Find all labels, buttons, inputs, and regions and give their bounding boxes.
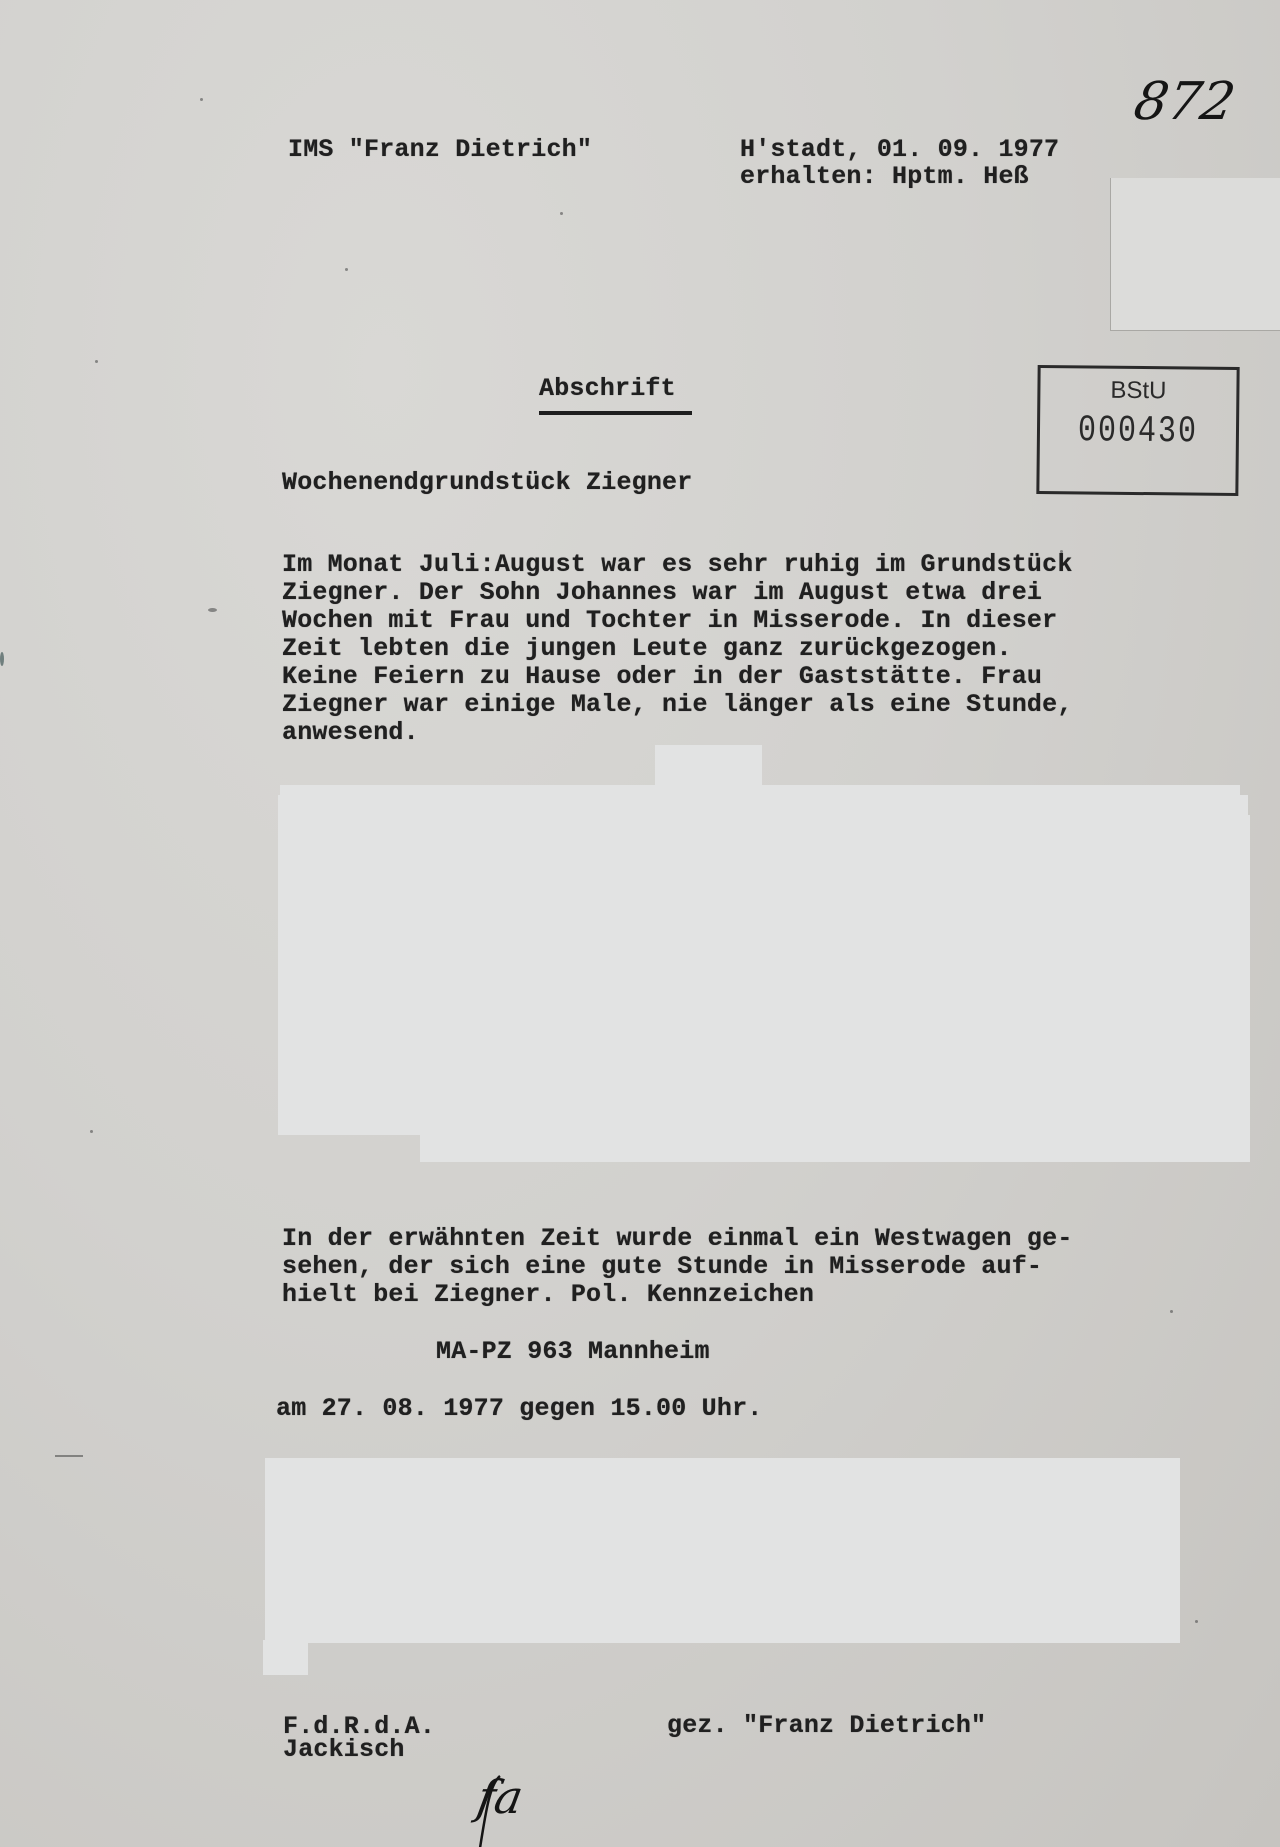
paragraph-line: Zeit lebten die jungen Leute ganz zurück… bbox=[282, 635, 1012, 663]
paragraph-line: In der erwähnten Zeit wurde einmal ein W… bbox=[282, 1225, 1073, 1253]
speck bbox=[55, 1455, 83, 1457]
document-title: Abschrift bbox=[539, 375, 676, 403]
paper-patch bbox=[1110, 178, 1280, 331]
subject: Wochenendgrundstück Ziegner bbox=[282, 469, 692, 497]
speck bbox=[560, 212, 563, 215]
document-page: 872 IMS "Franz Dietrich" H'stadt, 01. 09… bbox=[0, 0, 1280, 1847]
speck bbox=[1170, 1310, 1173, 1313]
speck bbox=[95, 360, 98, 363]
paragraph-line: Keine Feiern zu Hause oder in der Gastst… bbox=[282, 663, 1042, 691]
paragraph-line: hielt bei Ziegner. Pol. Kennzeichen bbox=[282, 1281, 814, 1309]
speck bbox=[90, 1130, 93, 1133]
speck bbox=[0, 652, 4, 666]
speck bbox=[1195, 1620, 1198, 1623]
paragraph-line: anwesend. bbox=[282, 719, 419, 747]
paragraph-line: Ziegner war einige Male, nie länger als … bbox=[282, 691, 1073, 719]
paragraph-line: Ziegner. Der Sohn Johannes war im August… bbox=[282, 579, 1042, 607]
signature-stroke bbox=[470, 1770, 510, 1847]
signed-by: gez. "Franz Dietrich" bbox=[667, 1712, 986, 1740]
speck bbox=[208, 608, 217, 612]
paragraph-line: Wochen mit Frau und Tochter in Misserode… bbox=[282, 607, 1057, 635]
paragraph-line: sehen, der sich eine gute Stunde in Miss… bbox=[282, 1253, 1042, 1281]
sender: IMS "Franz Dietrich" bbox=[288, 136, 592, 164]
sighting-time: am 27. 08. 1977 gegen 15.00 Uhr. bbox=[276, 1395, 762, 1423]
speck bbox=[200, 98, 203, 101]
paragraph-line: Im Monat Juli:August war es sehr ruhig i… bbox=[282, 551, 1073, 579]
speck bbox=[345, 268, 348, 271]
title-underline bbox=[539, 411, 692, 415]
handwritten-page-number: 872 bbox=[1130, 72, 1240, 132]
stamp-number: 000430 bbox=[1040, 410, 1236, 455]
place-date: H'stadt, 01. 09. 1977 bbox=[740, 136, 1059, 164]
license-plate: MA-PZ 963 Mannheim bbox=[436, 1338, 710, 1366]
certification-name: Jackisch bbox=[283, 1736, 405, 1764]
received-by: erhalten: Hptm. Heß bbox=[740, 163, 1029, 191]
stamp-agency: BStU bbox=[1040, 376, 1236, 406]
archive-stamp: BStU 000430 bbox=[1036, 365, 1239, 496]
